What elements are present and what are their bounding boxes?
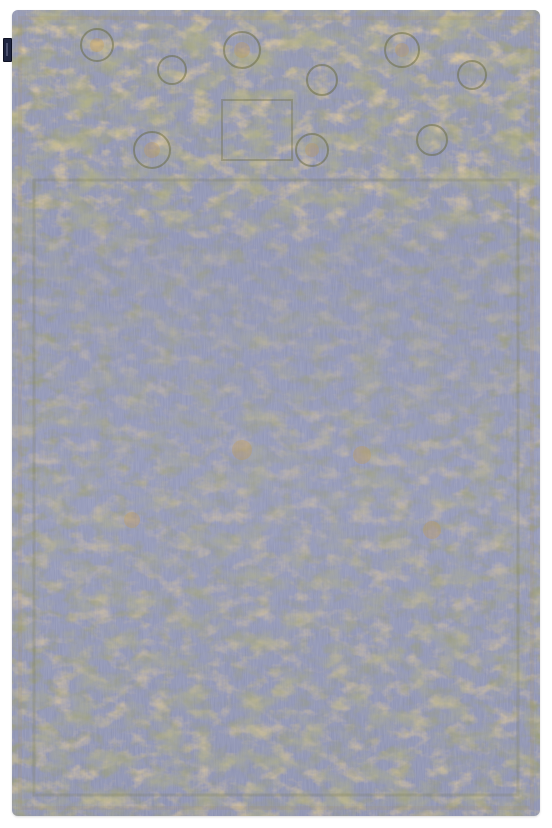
rug <box>12 10 540 816</box>
rug-pattern <box>12 10 540 816</box>
rug-label-tag <box>3 38 12 62</box>
photo-canvas <box>0 0 552 828</box>
